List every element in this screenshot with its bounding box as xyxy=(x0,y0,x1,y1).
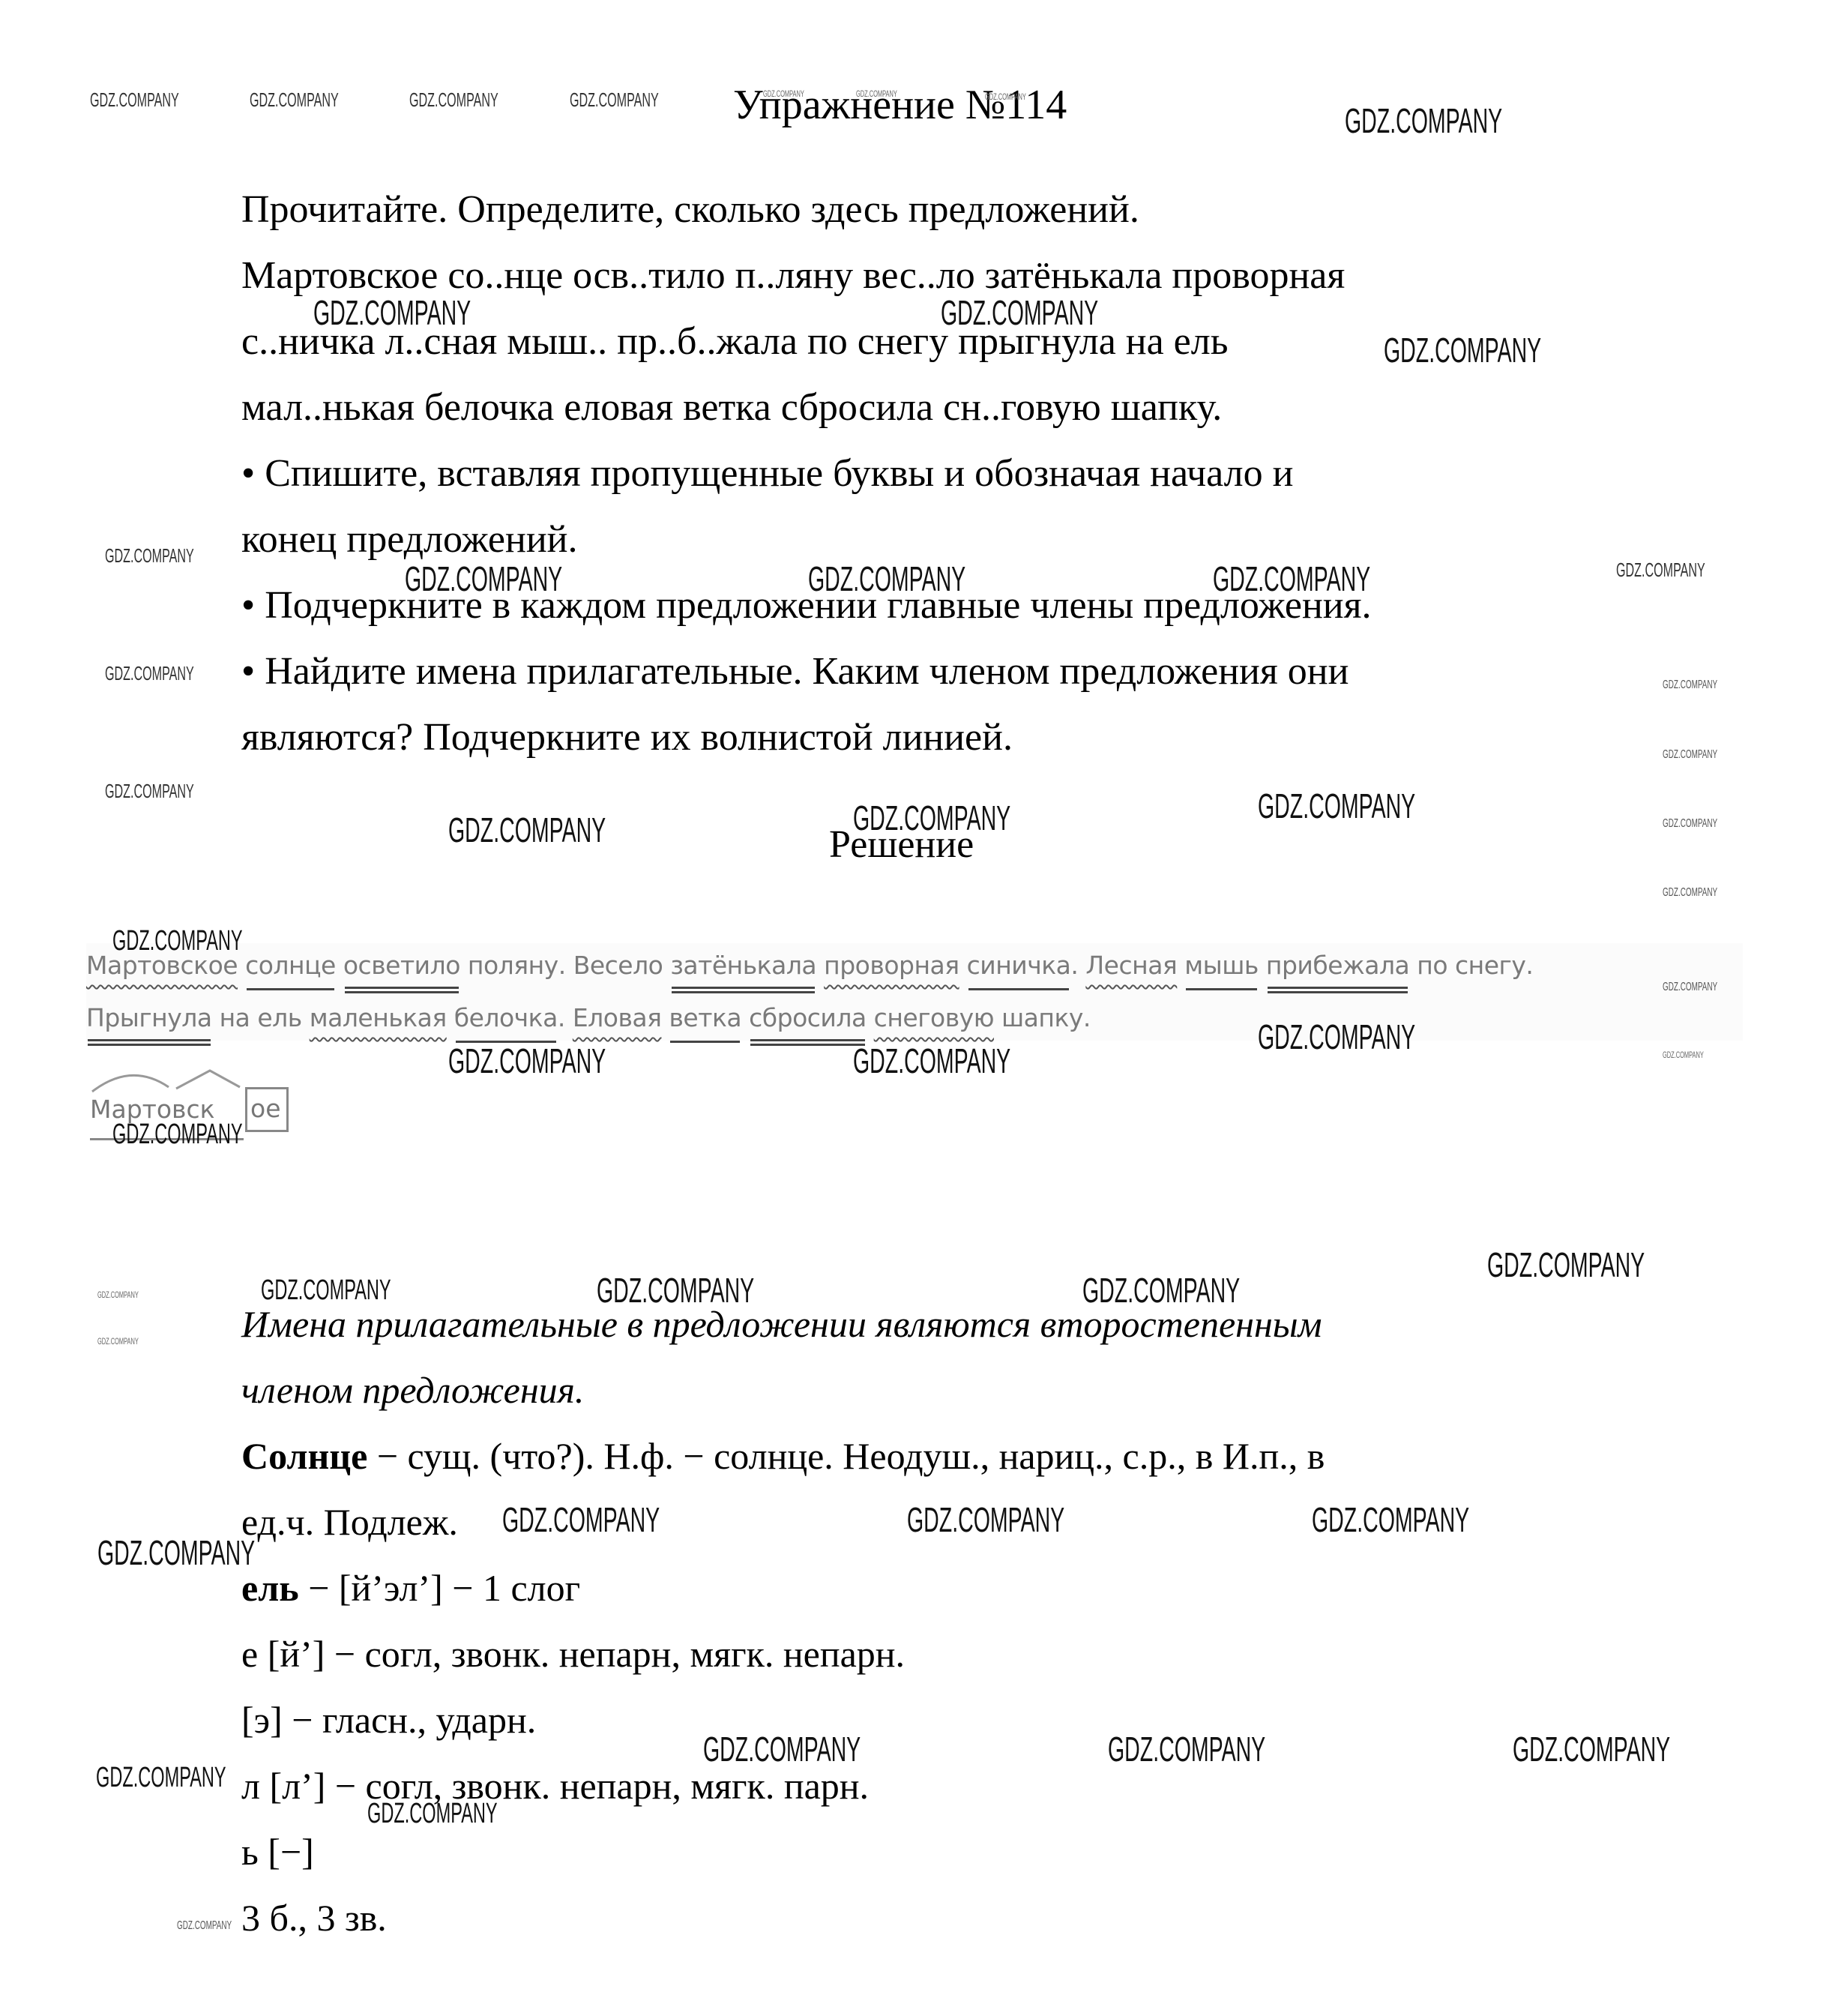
word-ending-box: ое xyxy=(245,1087,289,1132)
watermark: GDZ.COMPANY xyxy=(763,88,804,99)
watermark: GDZ.COMPANY xyxy=(597,1270,754,1311)
watermark: GDZ.COMPANY xyxy=(1312,1499,1469,1540)
watermark: GDZ.COMPANY xyxy=(985,91,1026,102)
watermark: GDZ.COMPANY xyxy=(112,925,243,957)
sentence-word-single: солнце xyxy=(245,951,336,980)
watermark: GDZ.COMPANY xyxy=(1108,1729,1265,1769)
sentence-word-double: прибежала xyxy=(1266,951,1409,980)
sentence-text xyxy=(661,1003,669,1032)
watermark: GDZ.COMPANY xyxy=(409,88,498,112)
watermark: GDZ.COMPANY xyxy=(570,88,659,112)
watermark: GDZ.COMPANY xyxy=(250,88,339,112)
noun-word: Солнце xyxy=(241,1435,367,1477)
watermark: GDZ.COMPANY xyxy=(1213,559,1370,599)
task-line: Прочитайте. Определите, сколько здесь пр… xyxy=(241,177,1666,243)
sentence-word-single: белочка xyxy=(454,1003,558,1032)
sentence-word-double: сбросила xyxy=(749,1003,867,1032)
noun-desc: − сущ. (что?). Н.ф. − солнце. Неодуш., н… xyxy=(367,1435,1325,1477)
phonetic-word: ель xyxy=(241,1567,299,1609)
watermark: GDZ.COMPANY xyxy=(1384,330,1541,370)
watermark: GDZ.COMPANY xyxy=(313,292,471,333)
sentence-text xyxy=(336,951,343,980)
sentence-text: по снегу. xyxy=(1409,951,1533,980)
solution-line: Прыгнула на ель маленькая белочка. Елова… xyxy=(86,1003,1091,1032)
watermark: GDZ.COMPANY xyxy=(97,1532,255,1573)
watermark: GDZ.COMPANY xyxy=(105,544,194,568)
task-line: • Спишите, вставляя пропущенные буквы и … xyxy=(241,441,1666,507)
sentence-word-single: синичка xyxy=(967,951,1071,980)
answer-text: Имена прилагательные в предложении являю… xyxy=(241,1291,1325,1951)
watermark: GDZ.COMPANY xyxy=(853,798,1010,838)
watermark: GDZ.COMPANY xyxy=(97,1336,139,1346)
adjective-note: членом предложения. xyxy=(241,1357,1325,1423)
sentence-text: . xyxy=(558,1003,573,1032)
noun-analysis-cont: ед.ч. Подлеж. xyxy=(241,1489,1325,1555)
watermark: GDZ.COMPANY xyxy=(177,1919,232,1933)
sentence-word-single: мышь xyxy=(1184,951,1259,980)
watermark: GDZ.COMPANY xyxy=(1345,100,1502,141)
watermark: GDZ.COMPANY xyxy=(703,1729,861,1769)
watermark: GDZ.COMPANY xyxy=(1258,786,1415,826)
watermark: GDZ.COMPANY xyxy=(1616,559,1705,582)
watermark: GDZ.COMPANY xyxy=(90,88,179,112)
watermark: GDZ.COMPANY xyxy=(1663,748,1717,762)
sentence-text xyxy=(959,951,967,980)
solution-sentences: Мартовское солнце осветило поляну. Весел… xyxy=(86,943,1743,1041)
sentence-text: поляну. Весело xyxy=(460,951,670,980)
sentence-text: на ель xyxy=(212,1003,310,1032)
watermark: GDZ.COMPANY xyxy=(1663,817,1717,831)
sentence-word-double: осветило xyxy=(343,951,460,980)
watermark: GDZ.COMPANY xyxy=(448,1041,606,1081)
watermark: GDZ.COMPANY xyxy=(1663,886,1717,900)
watermark: GDZ.COMPANY xyxy=(105,780,194,803)
sentence-word-wavy: маленькая xyxy=(310,1003,447,1032)
sentence-text xyxy=(447,1003,454,1032)
watermark: GDZ.COMPANY xyxy=(853,1041,1010,1081)
watermark: GDZ.COMPANY xyxy=(405,559,562,599)
watermark: GDZ.COMPANY xyxy=(808,559,965,599)
watermark: GDZ.COMPANY xyxy=(448,810,606,850)
solution-line: Мартовское солнце осветило поляну. Весел… xyxy=(86,951,1533,980)
watermark: GDZ.COMPANY xyxy=(1258,1017,1415,1057)
watermark: GDZ.COMPANY xyxy=(1513,1729,1670,1769)
phonetic-analysis: ель − [й’эл’] − 1 слог xyxy=(241,1555,1325,1621)
watermark: GDZ.COMPANY xyxy=(1082,1270,1240,1311)
sentence-text xyxy=(1259,951,1266,980)
watermark: GDZ.COMPANY xyxy=(96,1762,226,1794)
watermark: GDZ.COMPANY xyxy=(1663,678,1717,692)
watermark: GDZ.COMPANY xyxy=(1487,1245,1645,1285)
phonetic-desc: − [й’эл’] − 1 слог xyxy=(299,1567,580,1609)
sentence-text xyxy=(816,951,824,980)
watermark: GDZ.COMPANY xyxy=(502,1499,660,1540)
sentence-word-wavy: снеговую xyxy=(874,1003,994,1032)
watermark: GDZ.COMPANY xyxy=(907,1499,1064,1540)
task-line: мал..нькая белочка еловая ветка сбросила… xyxy=(241,375,1666,441)
phonetic-line: е [й’] − согл, звонк. непарн, мягк. непа… xyxy=(241,1621,1325,1687)
watermark: GDZ.COMPANY xyxy=(941,292,1098,333)
sentence-word-single: ветка xyxy=(669,1003,741,1032)
sentence-text xyxy=(867,1003,874,1032)
sentence-word-wavy: проворная xyxy=(824,951,959,980)
watermark: GDZ.COMPANY xyxy=(105,662,194,685)
task-line: • Найдите имена прилагательные. Каким чл… xyxy=(241,639,1666,705)
sentence-word-double: затёнькала xyxy=(670,951,816,980)
watermark: GDZ.COMPANY xyxy=(856,88,897,99)
sentence-word-double: Прыгнула xyxy=(86,1003,212,1032)
sentence-word-wavy: Лесная xyxy=(1085,951,1177,980)
sentence-text: . xyxy=(1070,951,1085,980)
task-line: являются? Подчеркните их волнистой линие… xyxy=(241,705,1666,771)
sentence-word-wavy: Еловая xyxy=(573,1003,662,1032)
sentence-text: шапку. xyxy=(994,1003,1091,1032)
word-ending: ое xyxy=(250,1094,281,1123)
watermark: GDZ.COMPANY xyxy=(1663,1050,1704,1060)
watermark: GDZ.COMPANY xyxy=(112,1119,243,1151)
sentence-text xyxy=(1177,951,1184,980)
watermark: GDZ.COMPANY xyxy=(1663,981,1717,994)
watermark: GDZ.COMPANY xyxy=(261,1275,391,1307)
phonetic-line: 3 б., 3 зв. xyxy=(241,1885,1325,1951)
watermark: GDZ.COMPANY xyxy=(97,1290,139,1300)
sentence-text xyxy=(741,1003,749,1032)
watermark: GDZ.COMPANY xyxy=(367,1798,498,1830)
task-text: Прочитайте. Определите, сколько здесь пр… xyxy=(241,177,1666,771)
noun-analysis: Солнце − сущ. (что?). Н.ф. − солнце. Нео… xyxy=(241,1423,1325,1489)
